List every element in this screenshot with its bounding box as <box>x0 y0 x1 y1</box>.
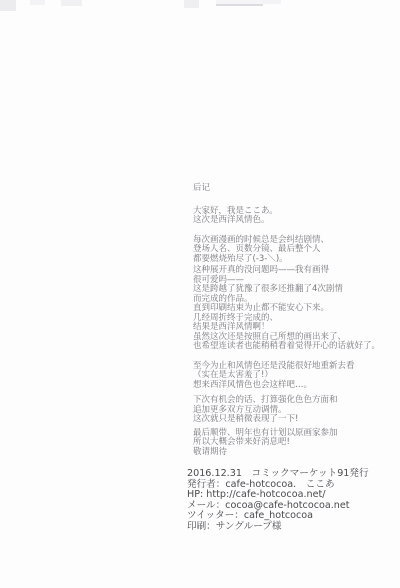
afterword-line: 这次是西洋风情色。 <box>193 216 379 226</box>
afterword-paragraph: 最后顺带、明年也有计划以原画家参加 所以大概会带来好消息吧! 敬请期待 <box>193 429 379 458</box>
scan-smudge <box>216 0 263 6</box>
scan-smudge <box>61 0 82 6</box>
afterword-heading: 后记 <box>193 184 379 194</box>
afterword-line: 这次就只是稍微表现了一下! <box>193 415 379 425</box>
afterword-line: 想来西洋风情色也会这样吧…。 <box>193 381 379 391</box>
afterword-paragraph: 这种展开真的没问题吗——我有画得 很可爱吗—— 这是跨越了犹豫了很多还推翻了4次… <box>193 266 379 352</box>
afterword-text: 后记 大家好，我是ここあ。 这次是西洋风情色。 每次画漫画的时候总是会纠结剧情、… <box>193 184 379 457</box>
colophon: 2016.12.31 コミックマーケット91発行 発行者：cafe-hotcoc… <box>187 469 397 532</box>
scan-smudge <box>263 0 281 4</box>
afterword-line: 都要燃烧殆尽了(-3-＼)。 <box>193 255 379 265</box>
afterword-line: 也希望连读者也能稍稍看着觉得开心的话就好了。 <box>193 342 379 352</box>
afterword-paragraph: 下次有机会的话、打算强化色色方面和 追加更多双方互动调情。 这次就只是稍微表现了… <box>193 396 379 425</box>
afterword-paragraph: 大家好，我是ここあ。 这次是西洋风情色。 <box>193 207 379 226</box>
afterword-paragraph: 至今为止和风情色还是没能很好地重新去看 （实在是太害羞了!） 想来西洋风情色也会… <box>193 362 379 391</box>
afterword-paragraph: 每次画漫画的时候总是会纠结剧情、 登场人名、页数分镜、最后整个人 都要燃烧殆尽了… <box>193 236 379 265</box>
colophon-printer: 印刷：サングループ様 <box>187 522 397 533</box>
scan-smudge <box>0 0 16 11</box>
scan-smudge <box>30 0 45 5</box>
colophon-date: 2016.12.31 コミックマーケット91発行 <box>187 469 397 480</box>
afterword-line: 敬请期待 <box>193 448 379 458</box>
afterword-page: 后记 大家好，我是ここあ。 这次是西洋风情色。 每次画漫画的时候总是会纠结剧情、… <box>0 0 400 588</box>
scan-smudge <box>184 0 199 8</box>
